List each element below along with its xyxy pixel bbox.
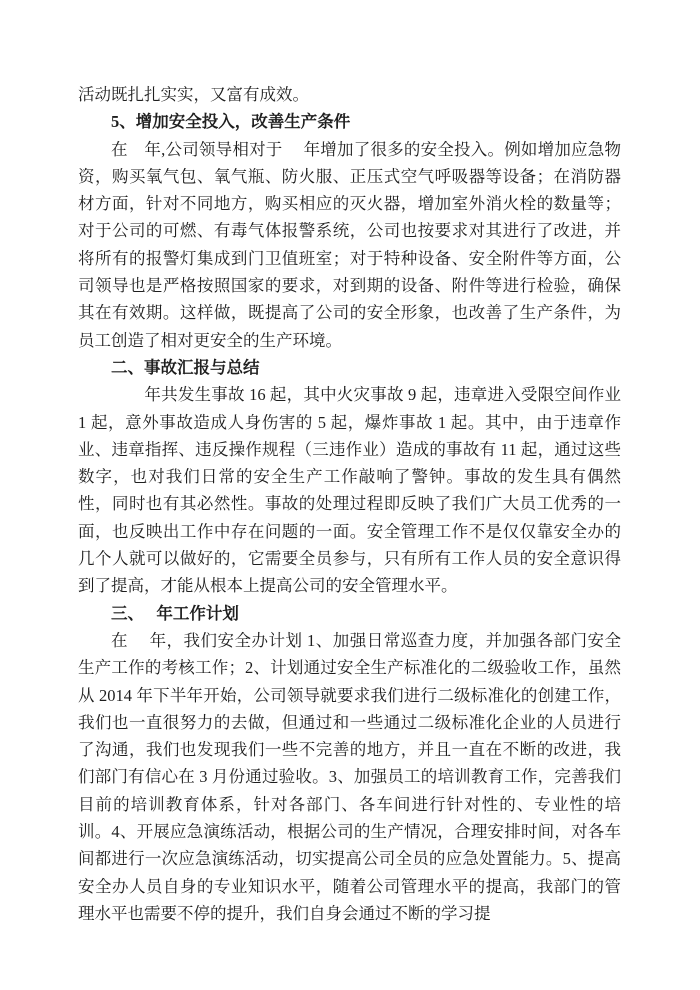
paragraph-closing-activities: 活动既扎扎实实，又富有成效。 [78,81,621,108]
document-content: 活动既扎扎实实，又富有成效。 5、增加安全投入，改善生产条件 在 年,公司领导相… [78,81,621,927]
heading-section-2-accident-report-summary: 二、事故汇报与总结 [78,354,621,381]
heading-section-5-safety-investment: 5、增加安全投入，改善生产条件 [78,108,621,135]
heading-section-3-annual-work-plan: 三、 年工作计划 [78,600,621,627]
paragraph-annual-work-plan-body: 在 年，我们安全办计划 1、加强日常巡查力度，并加强各部门安全生产工作的考核工作… [78,627,621,927]
document-page: 活动既扎扎实实，又富有成效。 5、增加安全投入，改善生产条件 在 年,公司领导相… [0,0,700,990]
paragraph-accident-report-body: 年共发生事故 16 起，其中火灾事故 9 起，违章进入受限空间作业 1 起，意外… [78,381,621,599]
paragraph-safety-investment-body: 在 年,公司领导相对于 年增加了很多的安全投入。例如增加应急物资，购买氧气包、氧… [78,136,621,354]
